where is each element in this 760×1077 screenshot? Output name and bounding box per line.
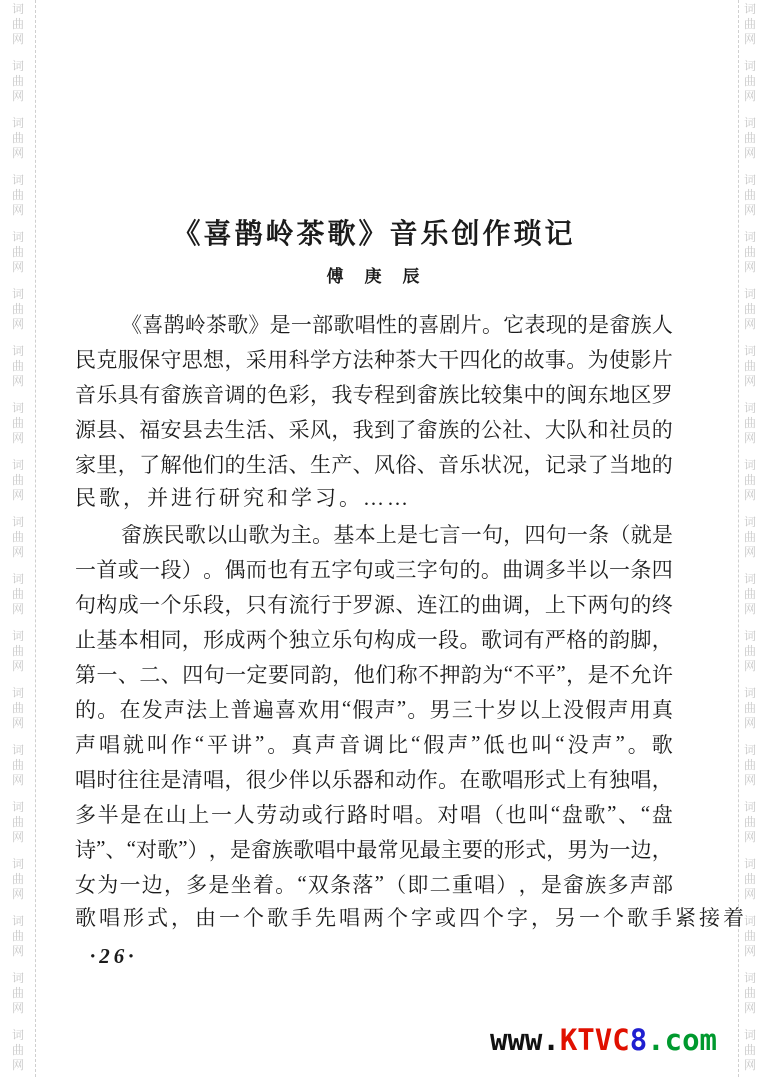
side-watermark-group: 词曲网 (742, 344, 758, 389)
side-watermark-group: 词曲网 (742, 116, 758, 161)
side-watermark-group: 词曲网 (10, 2, 26, 47)
side-watermark-group: 词曲网 (10, 173, 26, 218)
text-line: 《喜鹊岭茶歌》是一部歌唱性的喜剧片。它表现的是畲族人 (75, 306, 673, 341)
side-watermark-group: 词曲网 (742, 59, 758, 104)
side-watermark-group: 词曲网 (742, 1028, 758, 1073)
side-watermark-group: 词曲网 (742, 743, 758, 788)
side-watermark-group: 词曲网 (742, 2, 758, 47)
left-watermark-column: 词曲网词曲网词曲网词曲网词曲网词曲网词曲网词曲网词曲网词曲网词曲网词曲网词曲网词… (10, 2, 26, 1077)
left-dashed-rule (35, 0, 36, 1077)
ktvc8-watermark-segment: www. (490, 1023, 560, 1057)
text-line: 诗”、“对歌”），是畲族歌唱中最常见最主要的形式，男为一边， (75, 831, 673, 866)
side-watermark-group: 词曲网 (10, 1028, 26, 1073)
text-line: 歌唱形式，由一个歌手先唱两个字或四个字，另一个歌手紧接着 (75, 901, 673, 936)
text-line: 多半是在山上一人劳动或行路时唱。对唱（也叫“盘歌”、“盘 (75, 796, 673, 831)
side-watermark-group: 词曲网 (742, 686, 758, 731)
side-watermark-group: 词曲网 (742, 629, 758, 674)
side-watermark-group: 词曲网 (10, 287, 26, 332)
scanned-book-page: 词曲网词曲网词曲网词曲网词曲网词曲网词曲网词曲网词曲网词曲网词曲网词曲网词曲网词… (0, 0, 760, 1077)
text-line: 第一、二、四句一定要同韵，他们称不押韵为“不平”，是不允许 (75, 656, 673, 691)
text-line: 音乐具有畲族音调的色彩，我专程到畲族比较集中的闽东地区罗 (75, 376, 673, 411)
page-number: ·26· (90, 944, 138, 969)
side-watermark-group: 词曲网 (10, 59, 26, 104)
text-line: 句构成一个乐段，只有流行于罗源、连江的曲调，上下两句的终 (75, 586, 673, 621)
side-watermark-group: 词曲网 (10, 344, 26, 389)
side-watermark-group: 词曲网 (742, 230, 758, 275)
text-line: 民歌，并进行研究和学习。…… (75, 481, 673, 516)
side-watermark-group: 词曲网 (742, 401, 758, 446)
text-line: 家里，了解他们的生活、生产、风俗、音乐状况，记录了当地的 (75, 446, 673, 481)
text-line: 民克服保守思想，采用科学方法种茶大干四化的故事。为使影片 (75, 341, 673, 376)
ktvc8-watermark-segment: 8 (630, 1023, 647, 1057)
text-line: 声唱就叫作“平讲”。真声音调比“假声”低也叫“没声”。歌 (75, 726, 673, 761)
side-watermark-group: 词曲网 (742, 572, 758, 617)
text-line: 唱时往往是清唱，很少伴以乐器和动作。在歌唱形式上有独唱， (75, 761, 673, 796)
side-watermark-group: 词曲网 (10, 230, 26, 275)
article-title: 《喜鹊岭茶歌》音乐创作琐记 (75, 212, 673, 252)
side-watermark-group: 词曲网 (10, 401, 26, 446)
side-watermark-group: 词曲网 (10, 914, 26, 959)
side-watermark-group: 词曲网 (10, 857, 26, 902)
side-watermark-group: 词曲网 (742, 857, 758, 902)
text-line: 止基本相同，形成两个独立乐句构成一段。歌词有严格的韵脚， (75, 621, 673, 656)
ktvc8-watermark-segment: KTVC (560, 1023, 630, 1057)
side-watermark-group: 词曲网 (10, 515, 26, 560)
side-watermark-group: 词曲网 (10, 116, 26, 161)
side-watermark-group: 词曲网 (742, 971, 758, 1016)
text-line: 源县、福安县去生活、采风，我到了畲族的公社、大队和社员的 (75, 411, 673, 446)
text-line: 畲族民歌以山歌为主。基本上是七言一句，四句一条（就是 (75, 516, 673, 551)
side-watermark-group: 词曲网 (10, 971, 26, 1016)
side-watermark-group: 词曲网 (10, 800, 26, 845)
side-watermark-group: 词曲网 (742, 515, 758, 560)
article-body: 《喜鹊岭茶歌》是一部歌唱性的喜剧片。它表现的是畲族人民克服保守思想，采用科学方法… (75, 306, 673, 936)
text-line: 一首或一段）。偶而也有五字句或三字句的。曲调多半以一条四 (75, 551, 673, 586)
article-author: 傅 庚 辰 (75, 262, 673, 287)
text-line: 女为一边，多是坐着。“双条落”（即二重唱），是畲族多声部 (75, 866, 673, 901)
side-watermark-group: 词曲网 (10, 629, 26, 674)
side-watermark-group: 词曲网 (10, 458, 26, 503)
side-watermark-group: 词曲网 (10, 743, 26, 788)
side-watermark-group: 词曲网 (742, 458, 758, 503)
text-line: 的。在发声法上普遍喜欢用“假声”。男三十岁以上没假声用真 (75, 691, 673, 726)
ktvc8-watermark: www.KTVC8.com (490, 1022, 717, 1058)
side-watermark-group: 词曲网 (742, 800, 758, 845)
side-watermark-group: 词曲网 (10, 686, 26, 731)
side-watermark-group: 词曲网 (742, 287, 758, 332)
side-watermark-group: 词曲网 (742, 173, 758, 218)
ktvc8-watermark-segment: .com (647, 1023, 717, 1057)
side-watermark-group: 词曲网 (10, 572, 26, 617)
